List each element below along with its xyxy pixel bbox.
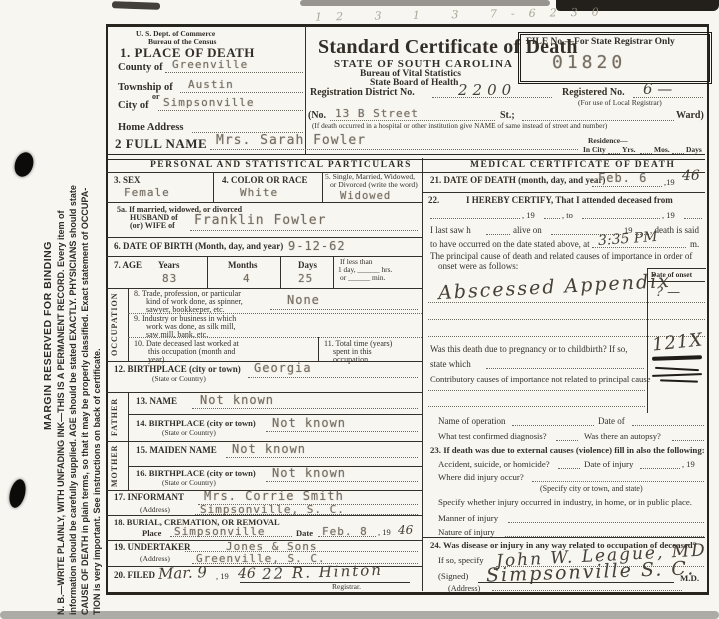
autopsy-label: Was there an autopsy?: [584, 432, 661, 441]
rule: [106, 515, 422, 516]
father-name-label: 13. NAME: [136, 397, 177, 406]
full-name-value: Mrs. Sarah Fowler: [216, 133, 366, 148]
marital-label-2: or Divorced (write the word): [330, 181, 418, 189]
rule: [106, 237, 422, 238]
certify-19a: , 19: [522, 211, 535, 220]
spouse-label-3: (or) WIFE of: [130, 222, 175, 230]
rule: [428, 406, 645, 407]
race-label: 4. COLOR OR RACE: [222, 176, 308, 185]
mos-label: Mos.: [654, 146, 670, 154]
undertaker-label: 19. UNDERTAKER: [114, 543, 191, 552]
home-address-label: Home Address: [118, 122, 183, 133]
street-value: 13 B Street: [335, 107, 419, 120]
pregnancy-label-2: state which: [430, 360, 471, 369]
rule: [430, 218, 520, 219]
father-name-value: Not known: [200, 393, 274, 407]
dod-year-prefix: ,19: [664, 178, 675, 187]
birthplace-sub-label: (State or Country): [152, 375, 206, 383]
undertaker-address-label: (Address): [140, 555, 170, 563]
binder-hole-top: [12, 150, 37, 179]
informant-value: Mrs. Corrie Smith: [204, 489, 344, 503]
rule: [486, 368, 644, 369]
rule: [423, 537, 705, 538]
registered-no-value: 6 —: [643, 80, 672, 98]
md-label: M.D.: [680, 574, 699, 583]
occurred-label: to have occurred on the date stated abov…: [430, 240, 590, 249]
alive-on-label: alive on: [513, 226, 542, 235]
age-days-label: Days: [298, 261, 317, 270]
rule: [432, 97, 552, 98]
informant-label: 17. INFORMANT: [114, 493, 184, 502]
age-days-value: 25: [298, 272, 313, 285]
rule: [422, 158, 423, 591]
where-injury-label: Where did injury occur?: [438, 473, 524, 482]
occupation-side-label: OCCUPATION: [110, 290, 126, 359]
binder-hole-bottom: [7, 478, 29, 510]
scan-smudge-bottom: [0, 611, 719, 619]
rule: [512, 425, 594, 426]
rule: [270, 309, 418, 310]
filed-date-value: Mar. 9: [158, 563, 208, 583]
rule: [492, 590, 682, 591]
reg-district-label: Registration District No.: [310, 88, 415, 99]
hospital-note: (If death occurred in a hospital or othe…: [312, 122, 607, 130]
dod-year-value: 46: [682, 168, 700, 184]
filed-label: 20. FILED: [114, 571, 155, 580]
burial-year-value: 46: [398, 523, 413, 537]
filed-year-prefix: , 19: [216, 572, 229, 581]
dob-value: 9-12-62: [288, 239, 346, 253]
age-months-label: Months: [228, 261, 258, 270]
or-label: or: [152, 93, 160, 101]
rule: [207, 256, 208, 288]
rule: [240, 582, 410, 583]
injury-date-label: Date of injury: [584, 460, 633, 469]
address-signed-label: (Address): [448, 585, 480, 594]
residence-label: Residence—: [588, 137, 628, 145]
rule: [128, 414, 422, 415]
margin-note-line2: information should be carefully supplied…: [68, 28, 78, 615]
m-label: m.: [690, 240, 699, 249]
rule: [248, 377, 418, 378]
rule: [158, 110, 303, 111]
sex-label: 3. SEX: [114, 176, 141, 185]
burial-year-prefix: , 19: [378, 528, 391, 537]
rule: [128, 392, 129, 441]
rule: [192, 408, 418, 409]
last-saw-label: I last saw h: [430, 226, 471, 235]
rule: [190, 230, 418, 231]
rule: [280, 256, 281, 288]
street-st-label: St.;: [500, 111, 515, 122]
rule: [428, 302, 705, 303]
father-side-label: FATHER: [110, 394, 126, 439]
rule: [478, 582, 674, 583]
medical-section-title: MEDICAL CERTIFICATE OF DEATH: [470, 161, 675, 171]
ward-label: Ward): [676, 111, 704, 122]
rule: [128, 337, 422, 338]
rule: [165, 72, 303, 73]
rule: [213, 172, 214, 202]
city-label: City of: [118, 100, 149, 111]
rule: [180, 92, 303, 93]
rule: [428, 390, 645, 391]
mother-name-value: Not known: [232, 442, 306, 456]
rule: [226, 457, 418, 458]
mother-birthplace-label: 16. BIRTHPLACE (city or town): [136, 469, 256, 478]
county-value: Greenville: [172, 58, 248, 71]
test-label: What test confirmed diagnosis?: [438, 432, 547, 441]
marital-value: Widowed: [340, 190, 391, 202]
birthplace-value: Georgia: [254, 361, 312, 375]
age-years-label: Years: [158, 261, 180, 270]
certify-number: 22.: [428, 196, 439, 205]
file-number-value: 01820: [552, 52, 626, 73]
rule: [318, 536, 376, 537]
rule: [106, 256, 422, 257]
rule: [423, 172, 705, 173]
certify-text: I HEREBY CERTIFY, That I attended deceas…: [466, 196, 673, 205]
date-of-death-label: 21. DATE OF DEATH (month, day, and year): [430, 176, 605, 185]
scanned-death-certificate: MARGIN RESERVED FOR BINDING N. B.—WRITE …: [0, 0, 719, 619]
race-value: White: [240, 186, 278, 199]
rule: [544, 218, 560, 219]
rule: [428, 319, 705, 320]
county-label: County of: [118, 62, 163, 73]
rule: [640, 468, 680, 469]
rule: [592, 186, 662, 187]
specify-where-label: Specify whether injury occurred in indus…: [438, 498, 692, 507]
trade-value: None: [287, 293, 320, 307]
margin-note-line4: TION is very important. See instructions…: [92, 28, 102, 615]
external-causes-label: 23. If death was due to external causes …: [430, 446, 705, 455]
age-label: 7. AGE: [114, 261, 142, 270]
in-city-label: In City: [583, 146, 606, 154]
specify-city-label: (Specify city or town, and state): [540, 485, 643, 493]
margin-binding-note: MARGIN RESERVED FOR BINDING: [42, 150, 54, 430]
sex-value: Female: [124, 186, 170, 199]
father-birthplace-sub: (State or Country): [162, 429, 216, 437]
rule: [672, 440, 704, 441]
local-registrar-note: (For use of Local Registrar): [578, 99, 662, 107]
scan-smudge-top-mid: [300, 0, 550, 6]
mother-birthplace-sub: (State or Country): [162, 479, 216, 487]
age-years-value: 83: [162, 272, 177, 285]
rule: [508, 522, 704, 523]
rule: [556, 440, 578, 441]
dob-label: 6. DATE OF BIRTH (Month, day, and year): [114, 242, 283, 251]
mother-side-label: MOTHER: [110, 443, 126, 488]
rule: [532, 481, 704, 482]
rule: [684, 218, 702, 219]
rule: [266, 481, 418, 482]
township-value: Austin: [188, 78, 234, 91]
rule: [486, 234, 510, 235]
rule: [266, 431, 418, 432]
rule: [647, 281, 705, 282]
rule: [210, 149, 578, 150]
rule: [582, 218, 660, 219]
pencil-notation: 12 3 1 3 7-6230: [315, 5, 613, 23]
rule: [106, 202, 422, 203]
certify-19b: , 19: [662, 211, 675, 220]
margin-note-line3: CAUSE OF DEATH in plain terms, so that i…: [80, 28, 90, 615]
yrs-label: Yrs.: [622, 146, 636, 154]
file-number-label: FILE No.—For State Registrar Only: [526, 38, 675, 48]
age-months-value: 4: [243, 272, 251, 285]
days-label: Days: [686, 146, 702, 154]
pregnancy-label-1: Was this death due to pregnancy or to ch…: [430, 345, 627, 354]
mother-birthplace-value: Not known: [272, 466, 346, 480]
mother-name-label: 15. MAIDEN NAME: [136, 446, 217, 455]
spouse-value: Franklin Fowler: [194, 213, 326, 228]
rule: [592, 247, 686, 248]
street-no-label: (No.: [308, 111, 326, 122]
rule: [170, 536, 292, 537]
burial-date-label: Date: [296, 529, 313, 538]
registrar-label: Registrar.: [332, 583, 361, 591]
personal-section-title: PERSONAL AND STATISTICAL PARTICULARS: [150, 161, 412, 171]
rule: [333, 256, 334, 288]
scan-smudge-top-left: [112, 1, 160, 10]
manner-label: Manner of injury: [438, 514, 498, 523]
rule: [318, 337, 319, 361]
accident-label: Accident, suicide, or homicide?: [438, 460, 550, 469]
rule: [322, 172, 323, 202]
nature-label: Nature of injury: [438, 528, 495, 537]
principal-cause-label-2: onset were as follows:: [438, 262, 518, 271]
father-birthplace-label: 14. BIRTHPLACE (city or town): [136, 419, 256, 428]
filed-year-value: 46: [238, 566, 256, 582]
full-name-label: 2 FULL NAME: [115, 137, 207, 151]
date-of-death-value: Feb. 6: [598, 171, 647, 185]
rule: [128, 288, 129, 361]
certify-to: , to: [562, 211, 573, 220]
margin-note-line1: N. B.—WRITE PLAINLY, WITH UNFADING INK—T…: [56, 28, 66, 615]
rule: [632, 425, 704, 426]
signed-label: (Signed): [438, 572, 468, 581]
operation-date-label: Date of: [598, 417, 625, 426]
father-birthplace-value: Not known: [272, 416, 346, 430]
registered-no-label: Registered No.: [562, 88, 625, 99]
city-value: Simpsonville: [163, 96, 254, 109]
rule: [423, 192, 705, 193]
onset-value: ? —: [656, 285, 680, 300]
age-less-label-3: or ______ min.: [340, 274, 385, 282]
operation-label: Name of operation: [438, 417, 505, 426]
rule: [558, 468, 580, 469]
burial-place-label: Place: [142, 529, 161, 538]
informant-address-label: (Address): [140, 506, 170, 514]
injury-19-label: , 19: [682, 460, 695, 469]
contributory-label: Contributory causes of importance not re…: [430, 375, 651, 384]
if-so-specify-label: If so, specify: [438, 556, 484, 565]
date-of-onset-label: Date of onset: [651, 271, 692, 279]
township-label: Township of: [118, 82, 173, 93]
